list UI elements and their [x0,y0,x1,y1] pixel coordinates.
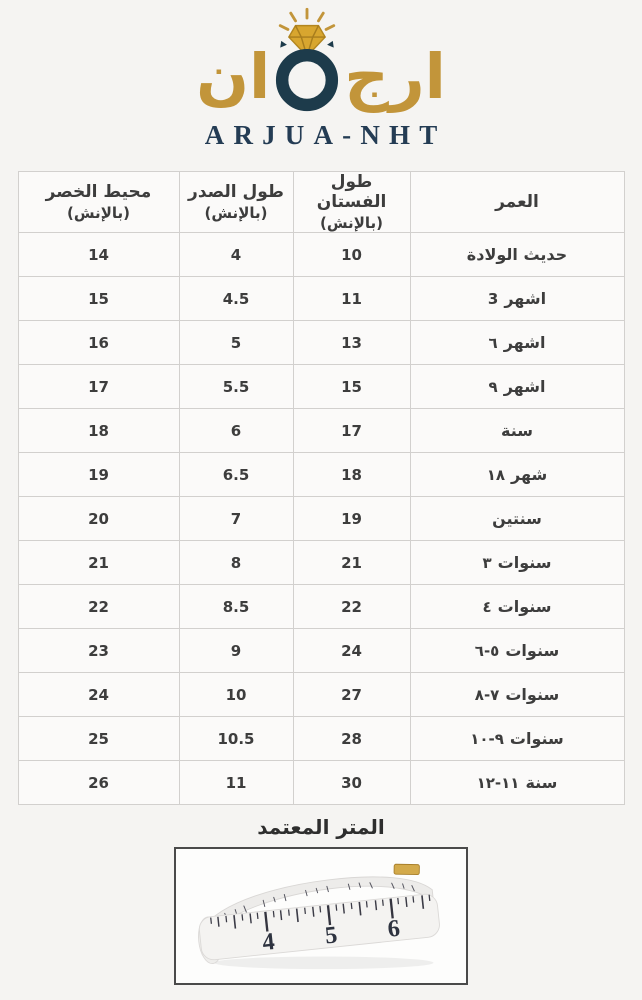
age-cell: ٦ اشهر [410,321,624,365]
age-number: ١٠-٩ [470,730,504,748]
chest-cell: 7 [179,497,293,541]
waist-cell: 14 [18,233,179,277]
age-cell: ١٢-١١ سنة [410,761,624,805]
age-label: سنوات [498,597,552,616]
age-cell: ٩ اشهر [410,365,624,409]
age-label: سنة [501,421,533,440]
age-cell: حديث الولادة [410,233,624,277]
age-cell: ١٠-٩ سنوات [410,717,624,761]
chest-cell: 4.5 [179,277,293,321]
waist-cell: 23 [18,629,179,673]
chest-cell: 5.5 [179,365,293,409]
dress-cell: 24 [293,629,410,673]
waist-cell: 19 [18,453,179,497]
table-row: 21 8 21 ٣ سنوات [18,541,624,585]
waist-header: محيط الخصر (بالإنش) [18,172,179,233]
chest-cell: 10 [179,673,293,717]
dress-cell: 28 [293,717,410,761]
dress-cell: 15 [293,365,410,409]
age-cell: سنتين [410,497,624,541]
ring-diamond-icon [264,6,350,114]
logo-arabic-left: ان [196,46,270,114]
table-row: 17 5.5 15 ٩ اشهر [18,365,624,409]
size-chart-table: محيط الخصر (بالإنش) طول الصدر (بالإنش) ط… [18,171,625,805]
age-number: ١٨ [487,466,505,484]
measuring-tape-image: 4 5 6 [180,853,462,979]
waist-cell: 24 [18,673,179,717]
age-number: ٩ [489,378,498,396]
age-label: اشهر [504,377,546,396]
age-cell: سنة [410,409,624,453]
chest-cell: 8.5 [179,585,293,629]
chest-header-unit: (بالإنش) [180,204,293,222]
age-label: سنوات [498,553,552,572]
age-label: اشهر [504,333,546,352]
age-header: العمر [410,172,624,233]
table-row: 23 9 24 ٦-٥ سنوات [18,629,624,673]
waist-header-unit: (بالإنش) [19,204,179,222]
age-number: ٨-٧ [475,686,500,704]
waist-header-title: محيط الخصر [19,182,179,202]
table-row: 14 4 10 حديث الولادة [18,233,624,277]
dress-cell: 21 [293,541,410,585]
waist-cell: 21 [18,541,179,585]
waist-cell: 15 [18,277,179,321]
age-label: سنتين [492,509,542,528]
age-cell: ٨-٧ سنوات [410,673,624,717]
waist-cell: 25 [18,717,179,761]
waist-cell: 18 [18,409,179,453]
dress-cell: 13 [293,321,410,365]
chest-cell: 10.5 [179,717,293,761]
waist-cell: 22 [18,585,179,629]
dress-header: طول الفستان (بالإنش) [293,172,410,233]
age-label: سنة [525,773,557,792]
age-cell: ٤ سنوات [410,585,624,629]
waist-cell: 16 [18,321,179,365]
chest-header-title: طول الصدر [180,182,293,202]
age-label: اشهر [504,289,546,308]
chest-cell: 9 [179,629,293,673]
age-number: ٦ [489,334,498,352]
age-cell: ٣ سنوات [410,541,624,585]
age-number: ٣ [482,554,491,572]
dress-header-title: طول الفستان [294,172,410,212]
chest-header: طول الصدر (بالإنش) [179,172,293,233]
age-label: شهر [511,465,547,484]
dress-cell: 30 [293,761,410,805]
chest-cell: 5 [179,321,293,365]
table-row: 19 6.5 18 ١٨ شهر [18,453,624,497]
approved-tape-title: المتر المعتمد [0,815,642,839]
dress-cell: 17 [293,409,410,453]
table-row: 26 11 30 ١٢-١١ سنة [18,761,624,805]
brand-name: ARJUA-NHT [9,120,642,151]
dress-cell: 22 [293,585,410,629]
dress-cell: 11 [293,277,410,321]
table-row: 15 4.5 11 3 اشهر [18,277,624,321]
table-row: 20 7 19 سنتين [18,497,624,541]
logo-arabic-mark: ان ارج [0,6,642,114]
table-row: 24 10 27 ٨-٧ سنوات [18,673,624,717]
table-row: 16 5 13 ٦ اشهر [18,321,624,365]
table-row: 25 10.5 28 ١٠-٩ سنوات [18,717,624,761]
dress-header-unit: (بالإنش) [294,214,410,232]
logo-area: ان ارج ARJUA-NHT [0,0,642,151]
logo-arabic-right: ارج [344,46,446,114]
chest-cell: 11 [179,761,293,805]
dress-cell: 19 [293,497,410,541]
age-cell: ١٨ شهر [410,453,624,497]
age-label: حديث الولادة [467,245,567,264]
header-row: محيط الخصر (بالإنش) طول الصدر (بالإنش) ط… [18,172,624,233]
dress-cell: 10 [293,233,410,277]
waist-cell: 17 [18,365,179,409]
age-number: ٦-٥ [475,642,500,660]
age-cell: 3 اشهر [410,277,624,321]
age-cell: ٦-٥ سنوات [410,629,624,673]
age-number: ١٢-١١ [477,774,520,792]
dress-cell: 18 [293,453,410,497]
age-label: سنوات [505,641,559,660]
waist-cell: 26 [18,761,179,805]
chest-cell: 8 [179,541,293,585]
dress-cell: 27 [293,673,410,717]
chest-cell: 6.5 [179,453,293,497]
chest-cell: 4 [179,233,293,277]
table-row: 18 6 17 سنة [18,409,624,453]
chest-cell: 6 [179,409,293,453]
age-number: 3 [488,290,498,308]
measuring-tape-image-frame: 4 5 6 [174,847,468,985]
table-row: 22 8.5 22 ٤ سنوات [18,585,624,629]
age-number: ٤ [482,598,491,616]
waist-cell: 20 [18,497,179,541]
age-label: سنوات [505,685,559,704]
age-label: سنوات [510,729,564,748]
